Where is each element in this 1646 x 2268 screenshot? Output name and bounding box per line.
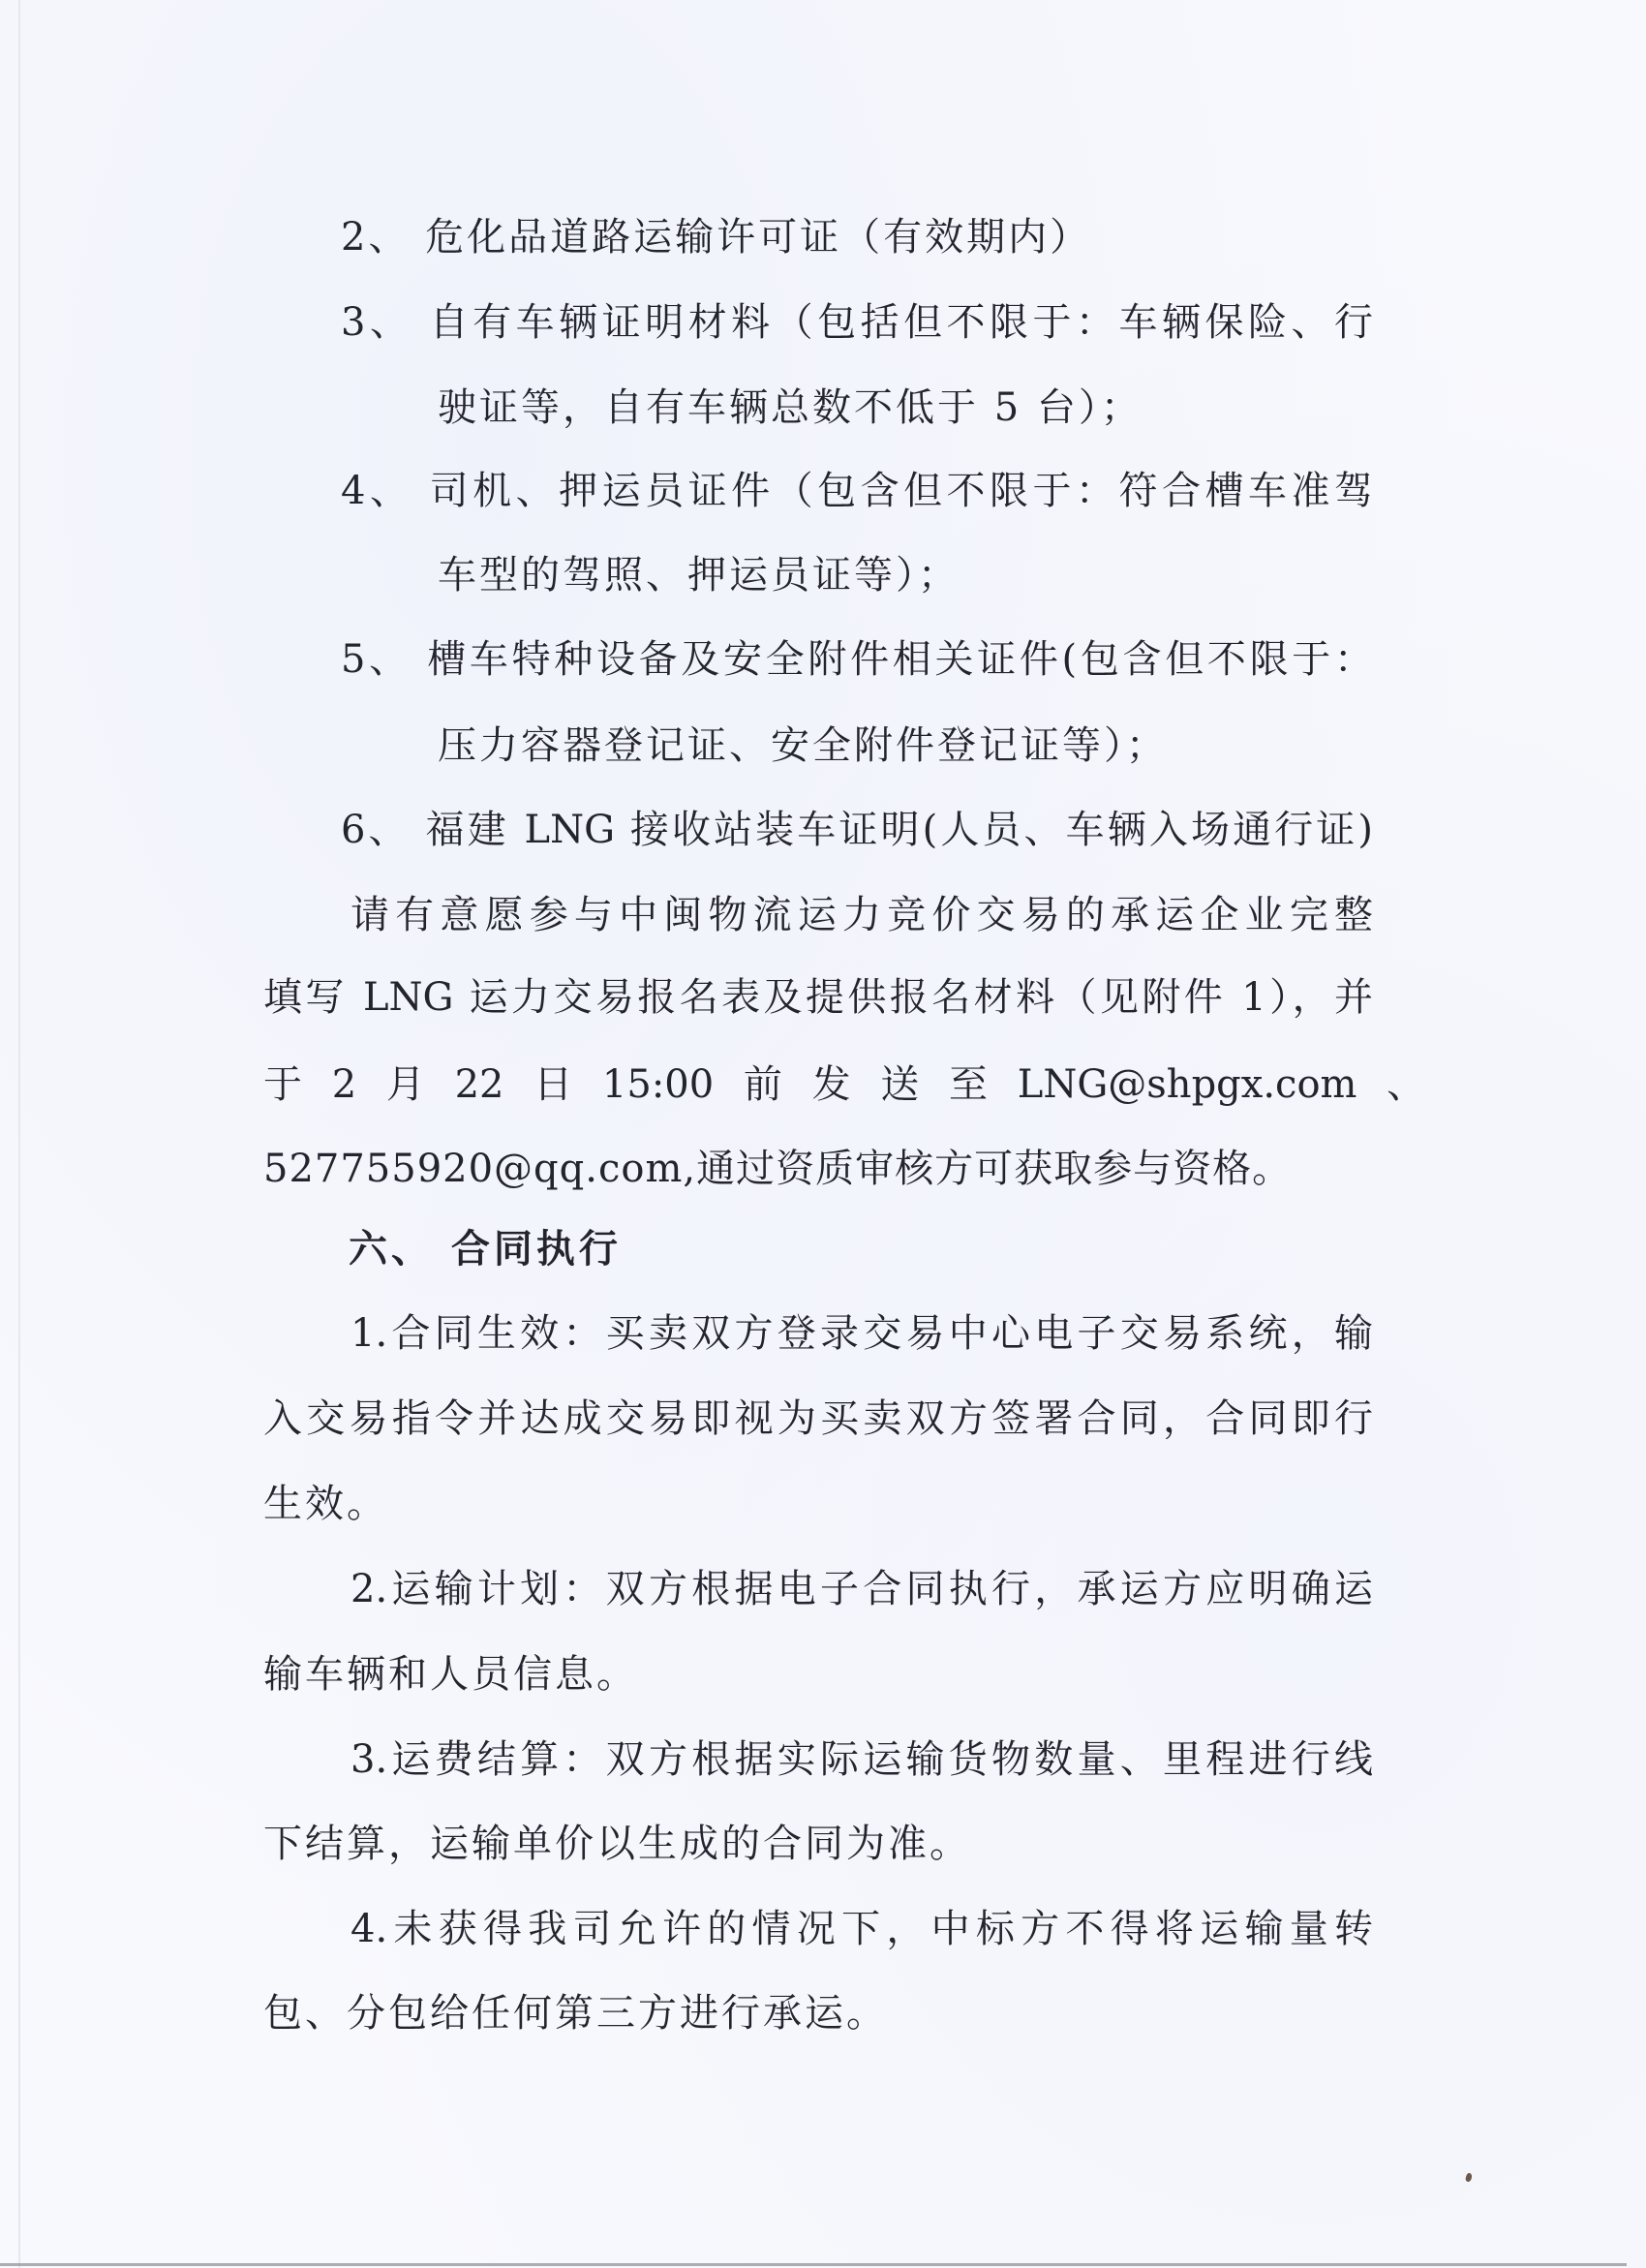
list-item-4: 4、 司机、押运员证件（包含但不限于：符合槽车准驾: [341, 467, 1373, 515]
list-item-3-continuation: 驶证等，自有车辆总数不低于 5 台）；: [438, 383, 1143, 432]
section-heading-contract-execution: 六、 合同执行: [349, 1225, 622, 1273]
registration-paragraph-line-4: 527755920@qq.com,通过资质审核方可获取参与资格。: [263, 1145, 1292, 1193]
list-item-4-continuation: 车型的驾照、押运员证等）；: [438, 551, 960, 599]
page-edge-bottom: [0, 2263, 1627, 2266]
clause-2-line-2: 输车辆和人员信息。: [263, 1650, 638, 1699]
list-item-3: 3、 自有车辆证明材料（包括但不限于：车辆保险、行: [341, 298, 1373, 347]
scan-dust-speck: [1465, 2172, 1474, 2183]
clause-1-line-2: 入交易指令并达成交易即视为买卖双方签署合同，合同即行: [263, 1395, 1373, 1443]
page-edge-left: [18, 0, 20, 2268]
clause-3-line-1: 3.运费结算：双方根据实际运输货物数量、里程进行线: [351, 1735, 1373, 1784]
scanned-page: 2、 危化品道路运输许可证（有效期内） 3、 自有车辆证明材料（包括但不限于：车…: [0, 0, 1646, 2268]
clause-4-line-2: 包、分包给任何第三方进行承运。: [263, 1989, 888, 2038]
registration-paragraph-line-2: 填写 LNG 运力交易报名表及提供报名材料（见附件 1），并: [263, 973, 1373, 1022]
clause-3-line-2: 下结算，运输单价以生成的合同为准。: [263, 1820, 971, 1868]
list-item-5-continuation: 压力容器登记证、安全附件登记证等）；: [438, 721, 1168, 770]
list-item-6: 6、 福建 LNG 接收站装车证明(人员、车辆入场通行证): [341, 806, 1373, 854]
registration-paragraph-line-1: 请有意愿参与中闽物流运力竞价交易的承运企业完整: [351, 891, 1373, 939]
list-item-2: 2、 危化品道路运输许可证（有效期内）: [341, 213, 1091, 261]
clause-2-line-1: 2.运输计划：双方根据电子合同执行，承运方应明确运: [351, 1565, 1373, 1613]
list-item-5: 5、 槽车特种设备及安全附件相关证件(包含但不限于：: [341, 635, 1373, 684]
registration-paragraph-line-3: 于 2 月 22 日 15:00 前 发 送 至 LNG@shpgx.com 、: [263, 1060, 1373, 1109]
clause-1-line-3: 生效。: [263, 1480, 388, 1528]
clause-1-line-1: 1.合同生效：买卖双方登录交易中心电子交易系统，输: [351, 1309, 1373, 1358]
clause-4-line-1: 4.未获得我司允许的情况下，中标方不得将运输量转: [351, 1905, 1373, 1953]
